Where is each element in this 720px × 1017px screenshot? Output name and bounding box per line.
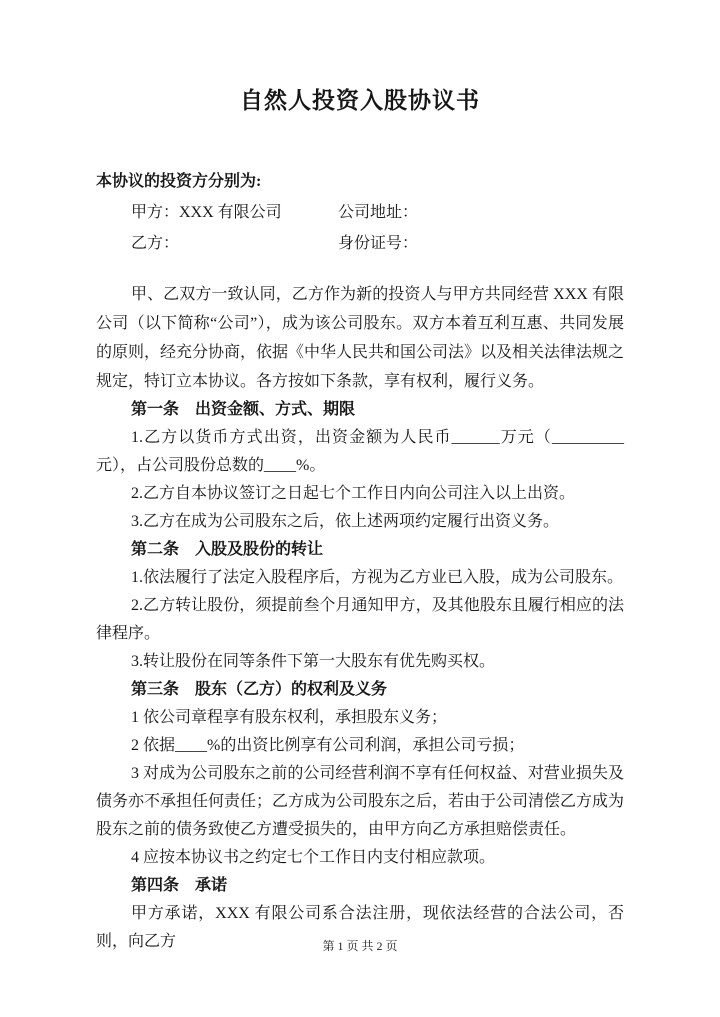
clause: 4 应按本协议书之约定七个工作日内支付相应款项。 (96, 844, 624, 872)
document-title: 自然人投资入股协议书 (96, 84, 624, 116)
clause: 3.乙方在成为公司股东之后，依上述两项约定履行出资义务。 (96, 508, 624, 536)
party-b-label: 乙方： (131, 228, 338, 259)
section-3-heading: 第三条 股东（乙方）的权利及义务 (96, 676, 624, 704)
section-4-heading: 第四条 承诺 (96, 872, 624, 900)
document-page: 自然人投资入股协议书 本协议的投资方分别为: 甲方：XXX 有限公司公司地址： … (0, 0, 720, 1017)
section-2: 第二条 入股及股份的转让 1.依法履行了法定入股程序后，方视为乙方业已入股，成为… (96, 536, 624, 676)
page-number-footer: 第 1 页 共 2 页 (0, 938, 720, 954)
clause: 2.乙方转让股份，须提前叁个月通知甲方，及其他股东且履行相应的法律程序。 (96, 592, 624, 648)
clause: 3 对成为公司股东之前的公司经营利润不享有任何权益、对营业损失及债务亦不承担任何… (96, 760, 624, 844)
clause: 3.转让股份在同等条件下第一大股东有优先购买权。 (96, 648, 624, 676)
clause: 1.依法履行了法定入股程序后，方视为乙方业已入股，成为公司股东。 (96, 564, 624, 592)
section-2-heading: 第二条 入股及股份的转让 (96, 536, 624, 564)
section-1: 第一条 出资金额、方式、期限 1.乙方以货币方式出资，出资金额为人民币_____… (96, 396, 624, 536)
section-3: 第三条 股东（乙方）的权利及义务 1 依公司章程享有股东权利，承担股东义务； 2… (96, 676, 624, 872)
company-address-label: 公司地址： (338, 197, 418, 228)
parties-intro: 本协议的投资方分别为: (96, 167, 624, 197)
section-1-heading: 第一条 出资金额、方式、期限 (96, 396, 624, 424)
clause: 1 依公司章程享有股东权利，承担股东义务； (96, 704, 624, 732)
clause: 2.乙方自本协议签订之日起七个工作日内向公司注入以上出资。 (96, 480, 624, 508)
party-row-b: 乙方：身份证号： (96, 228, 624, 259)
preamble-paragraph: 甲、乙双方一致认同，乙方作为新的投资人与甲方共同经营 XXX 有限公司（以下简称… (96, 280, 624, 396)
clause: 1.乙方以货币方式出资，出资金额为人民币______万元（_________元）… (96, 424, 624, 480)
party-a-label: 甲方：XXX 有限公司 (131, 197, 338, 228)
party-row-a: 甲方：XXX 有限公司公司地址： (96, 197, 624, 228)
id-number-label: 身份证号： (338, 228, 418, 259)
clause: 2 依据____%的出资比例享有公司利润，承担公司亏损； (96, 732, 624, 760)
